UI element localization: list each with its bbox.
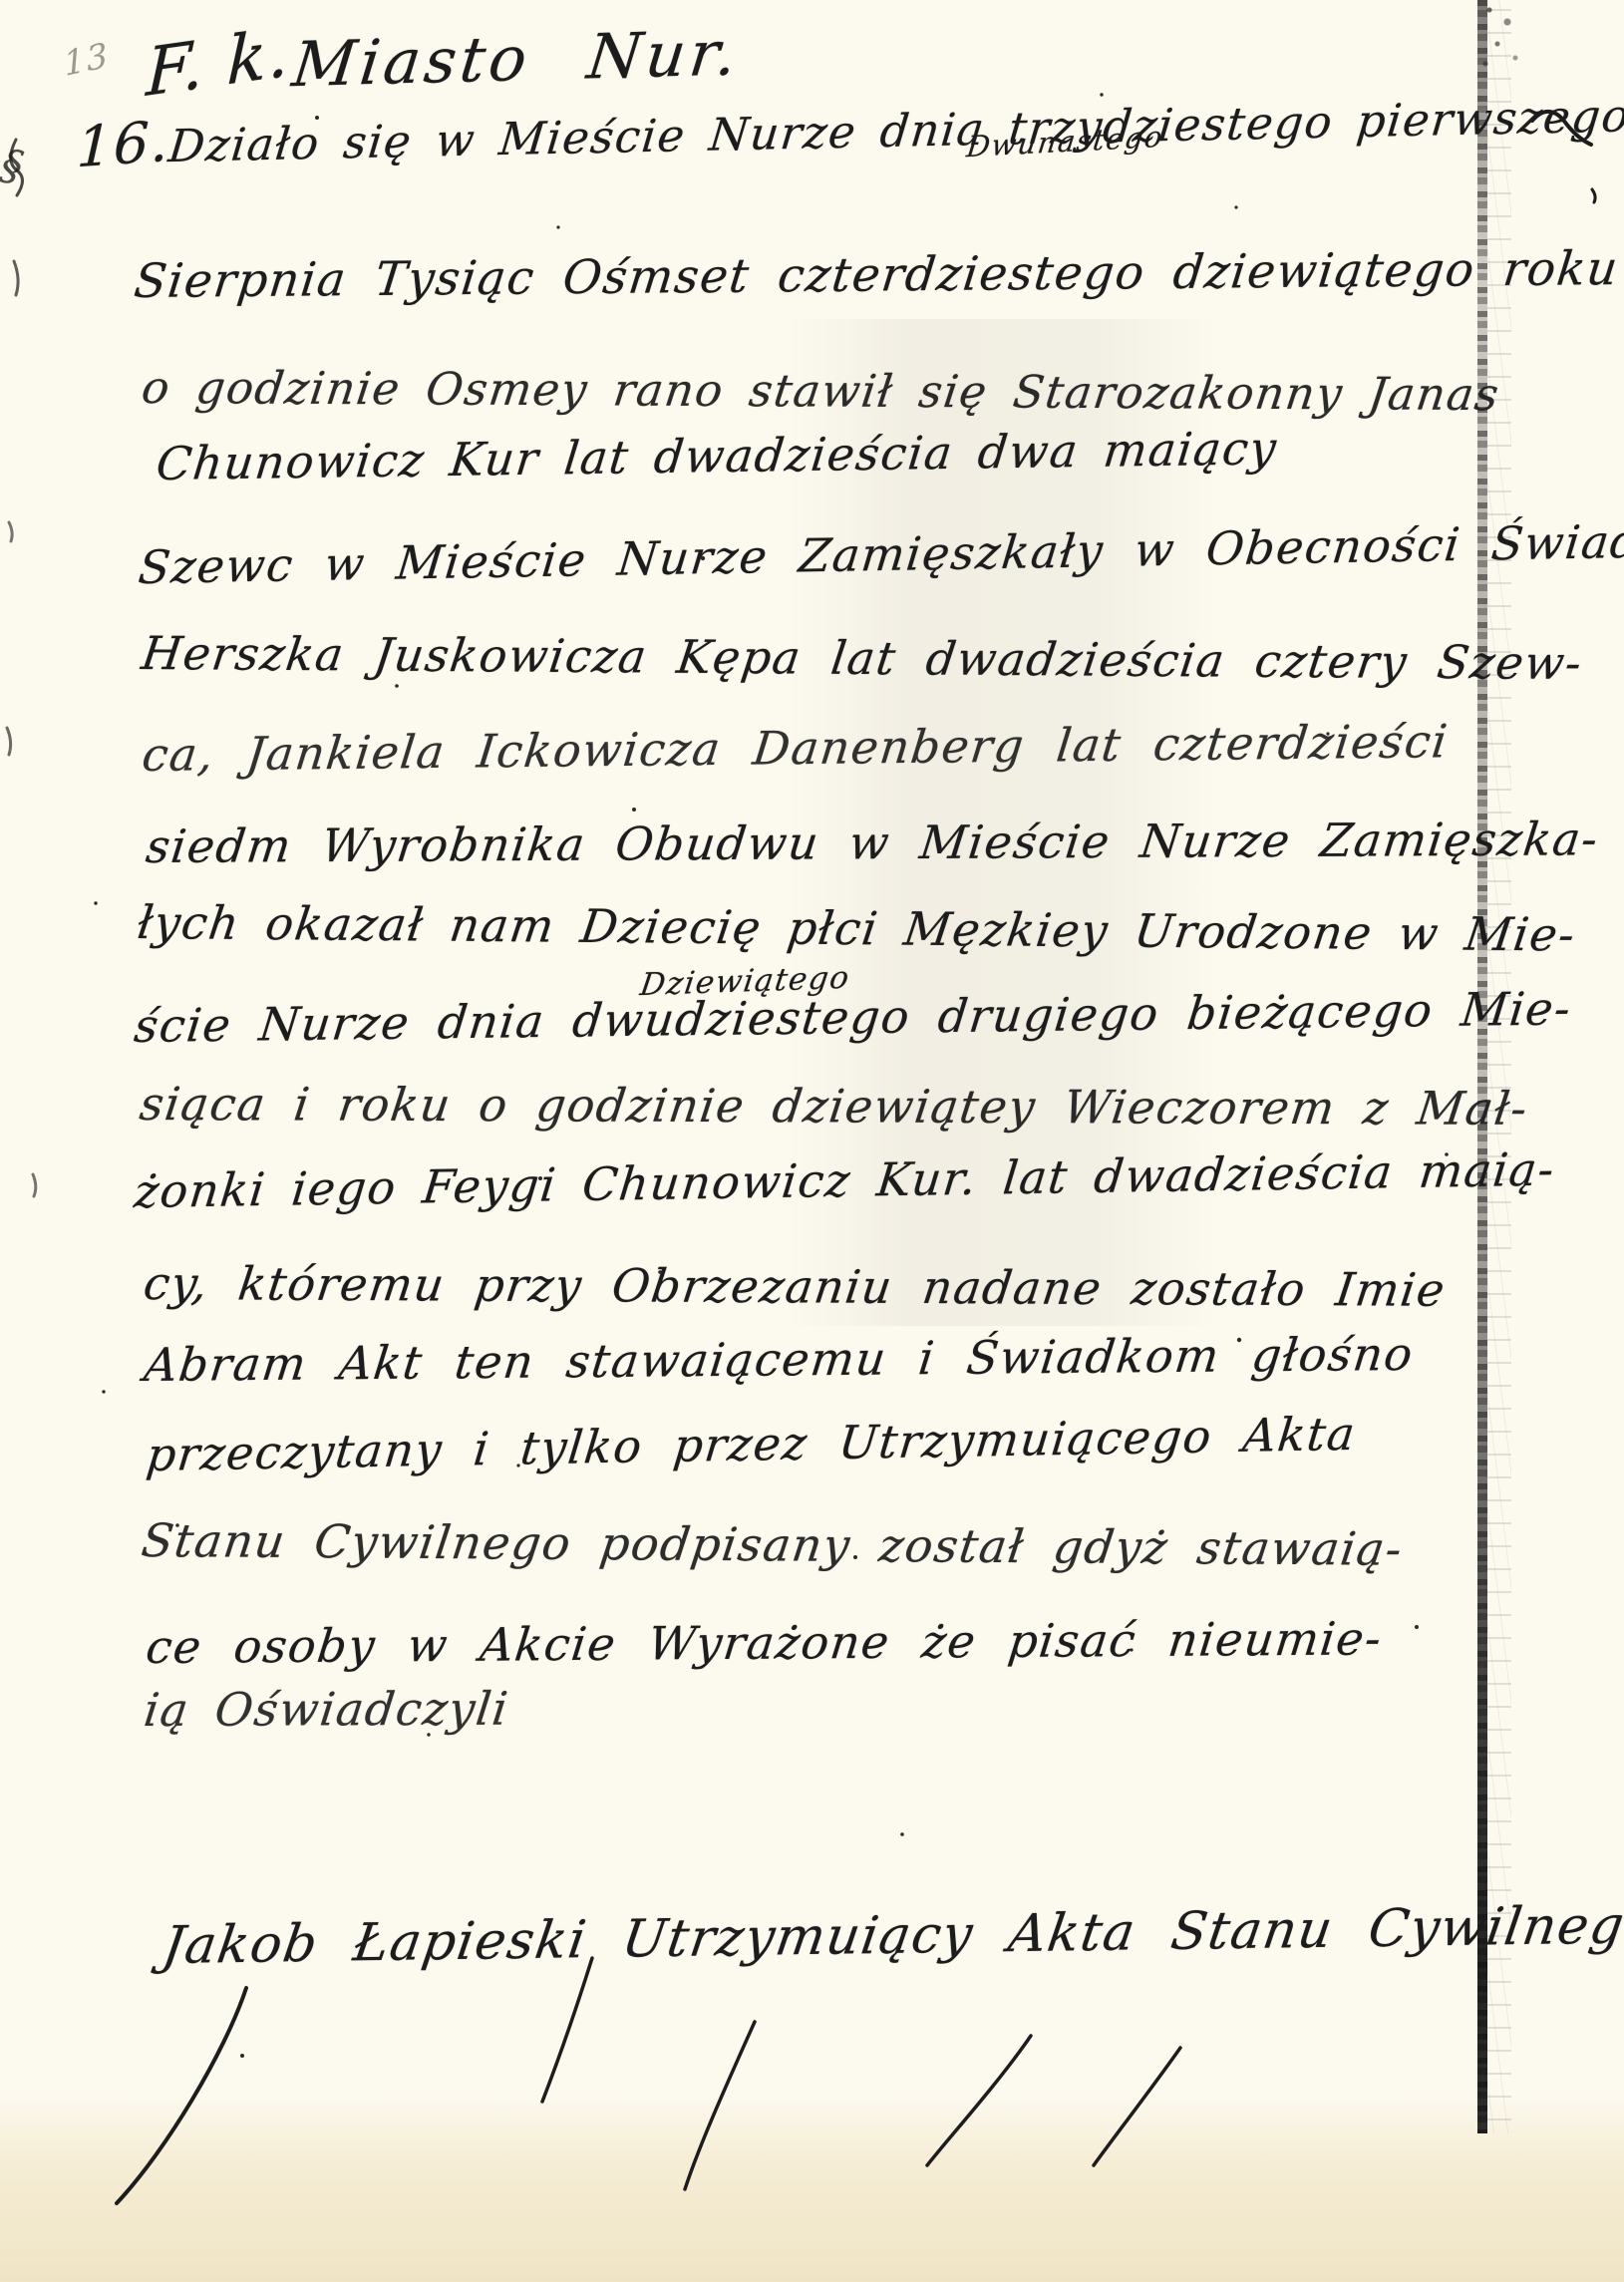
scanned-document-page: 13 F. k. Miasto Nur. § 16. Dwunastego Dz… — [0, 0, 1624, 2282]
ink-specks — [94, 93, 1448, 2058]
pen-flourish-strokes — [0, 0, 1624, 2282]
